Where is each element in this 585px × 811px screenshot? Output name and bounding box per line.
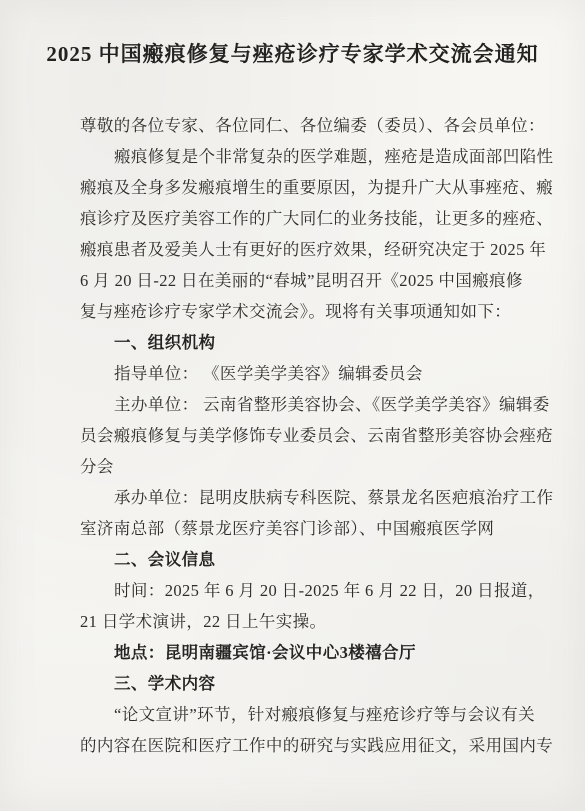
document-title: 2025 中国瘢痕修复与痤疮诊疗专家学术交流会通知 [0,38,585,68]
document-line: 瘢痕患者及爱美人士有更好的医疗效果，经研究决定于 2025 年 [80,234,512,265]
document-line: 瘢痕修复是个非常复杂的医学难题，痤疮是造成面部凹陷性 [80,141,512,172]
document-line: 指导单位： 《医学美学美容》编辑委员会 [80,358,512,389]
document-line: 21 日学术演讲，22 日上午实操。 [80,606,512,637]
document-line: 主办单位： 云南省整形美容协会、《医学美学美容》编辑委 [80,389,512,420]
document-line: 复与痤疮诊疗专家学术交流会》。现将有关事项通知如下： [80,296,512,327]
document-line: 分会 [80,451,512,482]
document-body: 尊敬的各位专家、各位同仁、各位编委（委员）、各会员单位：瘢痕修复是个非常复杂的医… [80,110,512,761]
document-line: 一、组织机构 [80,327,512,358]
document-line: 三、学术内容 [80,668,512,699]
document-line: 6 月 20 日-22 日在美丽的“春城”昆明召开《2025 中国瘢痕修 [80,265,512,296]
document-line: 承办单位：昆明皮肤病专科医院、蔡景龙名医疤痕治疗工作 [80,482,512,513]
document-line: 时间：2025 年 6 月 20 日-2025 年 6 月 22 日，20 日报… [80,575,512,606]
document-line: 痕诊疗及医疗美容工作的广大同仁的业务技能，让更多的痤疮、 [80,203,512,234]
document-line: 的内容在医院和医疗工作中的研究与实践应用征文，采用国内专 [80,730,512,761]
document-line: 室济南总部（蔡景龙医疗美容门诊部）、中国瘢痕医学网 [80,513,512,544]
document-line: 员会瘢痕修复与美学修饰专业委员会、云南省整形美容协会痤疮 [80,420,512,451]
document-line: 尊敬的各位专家、各位同仁、各位编委（委员）、各会员单位： [80,110,512,141]
document-line: “论文宣讲”环节，针对瘢痕修复与痤疮诊疗等与会议有关 [80,699,512,730]
document-line: 地点：昆明南疆宾馆·会议中心3楼禧合厅 [80,637,512,668]
document-line: 二、会议信息 [80,544,512,575]
document-line: 瘢痕及全身多发瘢痕增生的重要原因，为提升广大从事痤疮、瘢 [80,172,512,203]
document-page: 2025 中国瘢痕修复与痤疮诊疗专家学术交流会通知 尊敬的各位专家、各位同仁、各… [0,0,585,811]
